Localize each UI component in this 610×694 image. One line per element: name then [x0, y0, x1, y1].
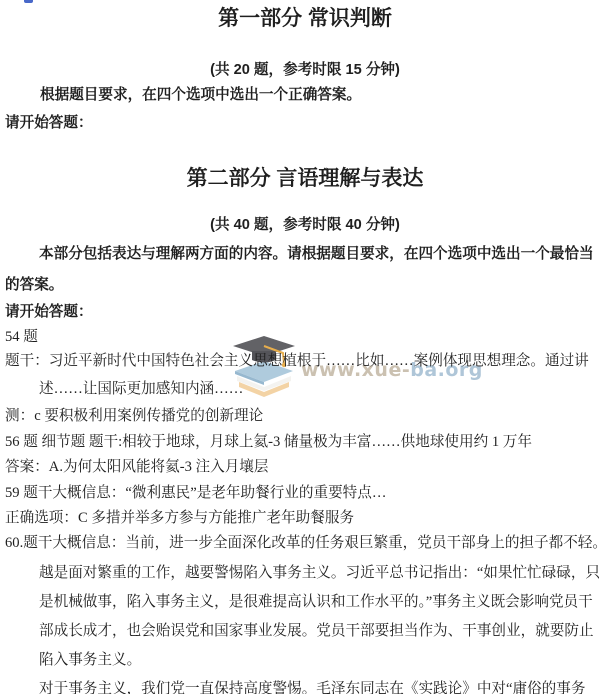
document-page: www.xue-ba.org 第一部分 常识判断 (共 20 题，参考时限 15…	[0, 0, 610, 694]
q56-answer: 答案：A.为何太阳风能将氦-3 注入月壤层	[5, 459, 269, 477]
part2-intro-line2: 的答案。	[5, 277, 63, 295]
part2-intro-line1: 本部分包括表达与理解两方面的内容。请根据题目要求，在四个选项中选出一个最恰当	[39, 246, 594, 264]
q59-line: 59 题干大概信息：“微利惠民”是老年助餐行业的重要特点…	[5, 485, 386, 503]
q54-stem-line1: 题干：习近平新时代中国特色社会主义思想植根于……比如……案例体现思想理念。通过讲	[5, 353, 589, 371]
part1-instruction: 根据题目要求，在四个选项中选出一个正确答案。	[40, 87, 361, 105]
q54-label: 54 题	[5, 329, 38, 347]
q56-line: 56 题 细节题 题干:相较于地球，月球上氦-3 储量极为丰富……供地球使用约 …	[5, 434, 532, 452]
part2-title: 第二部分 言语理解与表达	[0, 166, 610, 191]
q54-note: 测：c 要积极利用案例传播党的创新理论	[5, 408, 263, 426]
part1-meta: (共 20 题，参考时限 15 分钟)	[0, 62, 610, 80]
q60-cont-line2: 是机械做事，陷入事务主义，是很难提高认识和工作水平的。”事务主义既会影响党员干	[39, 594, 593, 612]
part1-title: 第一部分 常识判断	[0, 6, 610, 31]
q60-cont-line3: 部成长成才，也会贻误党和国家事业发展。党员干部要担当作为、干事创业，就要防止	[39, 623, 594, 641]
part2-meta: (共 40 题，参考时限 40 分钟)	[0, 217, 610, 235]
q60-cont-line4: 陷入事务主义。	[39, 652, 141, 670]
q60-para2-line1: 对于事务主义，我们党一直保持高度警惕。毛泽东同志在《实践论》中对“庸俗的事务	[39, 681, 585, 694]
q59-answer: 正确选项：C 多措并举多方参与方能推广老年助餐服务	[5, 510, 354, 528]
part2-start-prompt: 请开始答题：	[5, 304, 93, 322]
q60-cont-line1: 越是面对繁重的工作，越要警惕陷入事务主义。习近平总书记指出：“如果忙忙碌碌，只	[39, 565, 600, 583]
part1-start-prompt: 请开始答题：	[5, 115, 93, 133]
clipped-blue-artifact	[24, 0, 33, 3]
q60-line: 60.题干大概信息：当前，进一步全面深化改革的任务艰巨繁重，党员干部身上的担子都…	[5, 535, 607, 553]
q54-stem-line2: 述……让国际更加感知内涵……	[39, 381, 243, 399]
